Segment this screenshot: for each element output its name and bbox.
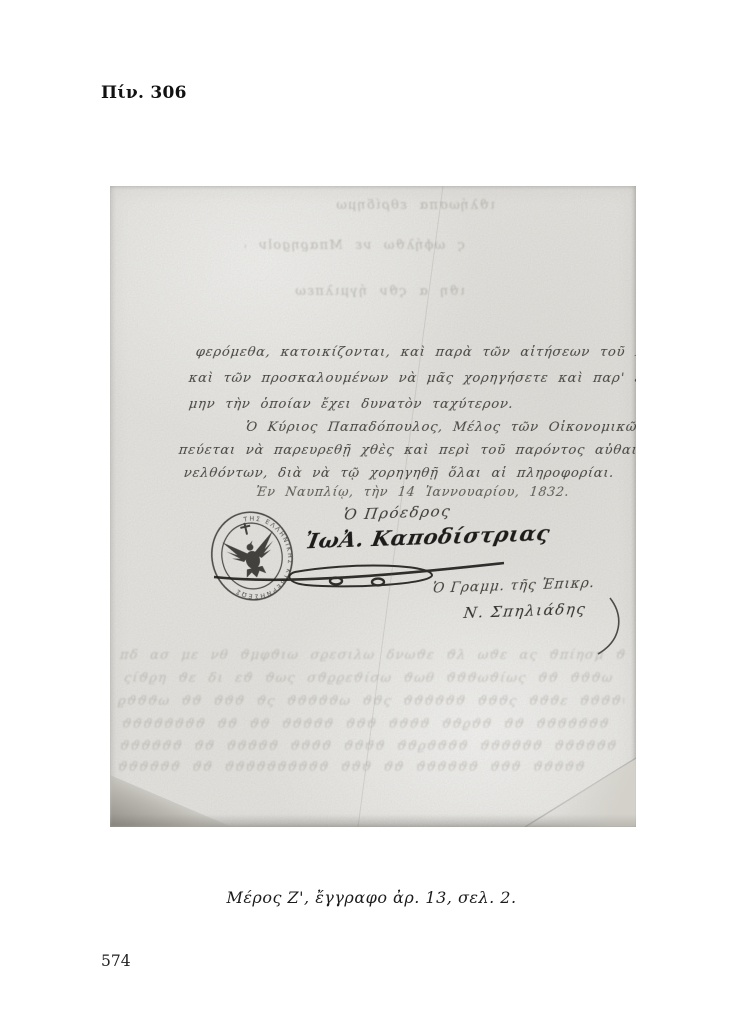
plate-label: Πίν. 306 xyxy=(101,83,187,103)
bleed-through-line: ϱϑϑϑω ϑϑ ϑϑϑ ϑς ϑϑϑϑϑω ϑϑς ϑϑϑϑϑϑ ϑϑϑς ϑ… xyxy=(117,694,625,709)
manuscript-line: Ὁ Κύριος Παπαδόπουλος, Μέλος τῶν Οἰκονομ… xyxy=(245,421,636,434)
manuscript-line: νελθόντων, διὰ νὰ τῷ χορηγηθῇ ὅλαι αἱ πλ… xyxy=(183,467,615,480)
bleed-through-line: ς ωϕήλϑω νε Μπαϱηgolν ως xyxy=(244,238,466,253)
bleed-through-line: ιϑλήωσπα εθρίδημω xyxy=(239,198,496,213)
bleed-through-line: πδ ασ με νθ ϑμφϑιω σϱεσιλω δνωϑε ϑλ ωϑε … xyxy=(119,648,627,663)
bleed-through-line: ϑϑϑϑϑϑ ϑϑ ϑϑϑϑϑ ϑϑϑϑ ϑϑϑϑ ϑϑϱϑϑϑϑ ϑϑϑϑϑϑ… xyxy=(119,739,625,754)
secretary-signature-flourish xyxy=(598,598,619,654)
bleed-through-line: ϑϑϑϑϑϑ ϑϑ ϑϑϑϑϑϑϑϑϑϑ ϑϑϑ ϑϑ ϑϑϑϑϑϑ ϑϑϑ ϑ… xyxy=(117,760,619,775)
cross-icon xyxy=(239,522,251,536)
manuscript-scan: ιϑλήωσπα εθρίδημω ς ωϕήλϑω νε Μπαϱηgolν … xyxy=(110,186,636,827)
bleed-through-line: ϑϑϑϑϑϑϑϑ ϑϑ ϑϑ ϑϑϑϑϑ ϑϑϑ ϑϑϑϑ ϑϑϱϑϑ ϑϑ ϑ… xyxy=(121,717,623,732)
manuscript-line: μην τὴν ὁποίαν ἔχει δυνατὸν ταχύτερον. xyxy=(188,398,514,411)
manuscript-line: πεύεται νὰ παρευρεθῇ χθὲς καὶ περὶ τοῦ π… xyxy=(178,444,636,457)
manuscript-line: φερόμεθα, κατοικίζονται, καὶ παρὰ τῶν αἰ… xyxy=(195,346,636,359)
bleed-through-line: ιϑη α ςϑν ήγμιλπεω xyxy=(284,284,466,299)
seal-legend-text: ΤΗΣ ΕΛΛΗΝΙΚΗΣ ΚΥΒΕΡΝΗΣΕΩΣ xyxy=(218,508,302,605)
scan-edge-shadow xyxy=(110,814,636,827)
secretary-title-handwriting: Ὁ Γραμμ. τῆς Ἐπικρ. xyxy=(432,575,596,597)
phoenix-icon xyxy=(222,531,282,584)
bleed-through-line: ςίϑϱη ϑε δι εϑ ϑως σϑϱϱεϑίσω ϑωθ ϑϑϑωϑίω… xyxy=(123,671,625,686)
manuscript-line: καὶ τῶν προσκαλουμένων νὰ μᾶς χορηγήσετε… xyxy=(188,372,636,385)
figure-caption: Μέρος Ζ', ἔγγραφο ἀρ. 13, σελ. 2. xyxy=(0,888,743,907)
president-title-handwriting: Ὁ Πρόεδρος xyxy=(342,502,452,524)
spiliadis-signature: Ν. Σπηλιάδης xyxy=(463,600,588,622)
kapodistrias-signature: ἸωἈ. Καποδίστριας xyxy=(303,520,552,553)
book-page: Πίν. 306 ιϑλήωσπα εθρίδημω ς ωϕήλϑω νε Μ… xyxy=(0,0,743,1027)
page-number: 574 xyxy=(101,952,131,970)
manuscript-dateline: Ἐν Ναυπλίῳ, τὴν 14 Ἰαννουαρίου, 1832. xyxy=(255,486,570,499)
